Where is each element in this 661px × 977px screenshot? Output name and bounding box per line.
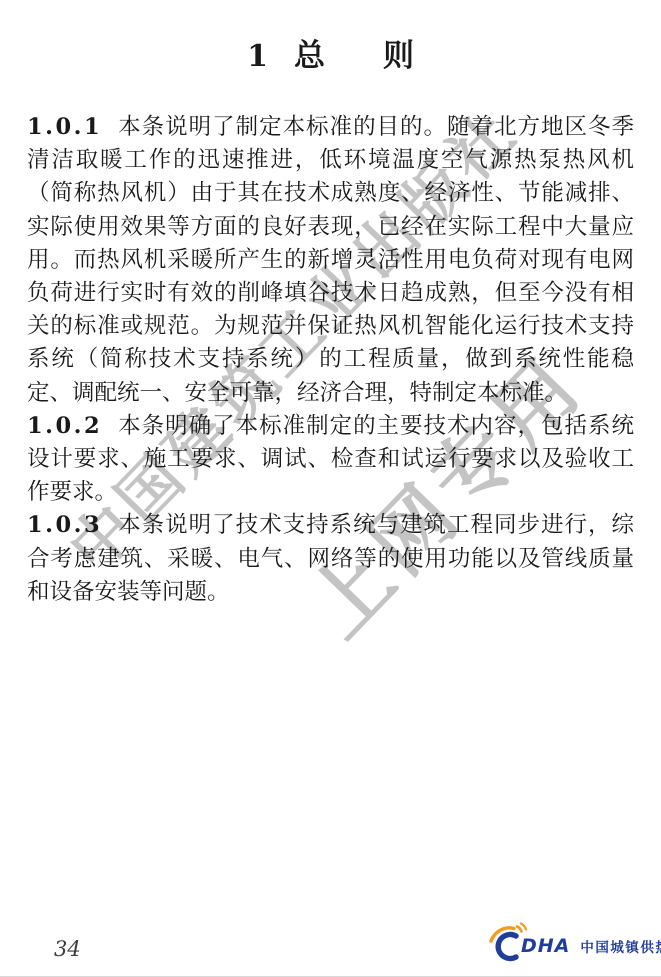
logo-wave-tick-1: [517, 927, 522, 932]
cdha-logo-name: 中国城镇供热协会: [580, 936, 661, 956]
clause-1-0-2: 1.0.2本条明确了本标准制定的主要技术内容，包括系统设计要求、施工要求、调试、…: [27, 410, 634, 510]
clause-1-0-3: 1.0.3本条说明了技术支持系统与建筑工程同步进行，综合考虑建筑、采暖、电气、网…: [27, 509, 634, 609]
chapter-title: 1 总 则: [0, 30, 661, 75]
clause-1-0-1: 1.0.1本条说明了制定本标准的目的。随着北方地区冬季清洁取暖工作的迅速推进，低…: [27, 111, 634, 410]
clause-number: 1.0.3: [27, 512, 102, 538]
page-number: 34: [54, 937, 81, 961]
clause-text: 本条说明了技术支持系统与建筑工程同步进行，综合考虑建筑、采暖、电气、网络等的使用…: [27, 512, 634, 604]
clause-text: 本条说明了制定本标准的目的。随着北方地区冬季清洁取暖工作的迅速推进，低环境温度空…: [27, 114, 634, 406]
document-page: 中国建筑工业出版社 上网专用 1 总 则 1.0.1本条说明了制定本标准的目的。…: [0, 0, 661, 977]
cdha-logo: DHA 中国城镇供热协会: [487, 922, 661, 964]
chapter-title-char-1: 总: [294, 30, 325, 75]
chapter-title-char-2: 则: [383, 30, 414, 75]
logo-wave-tick-2: [521, 924, 526, 930]
body-text: 1.0.1本条说明了制定本标准的目的。随着北方地区冬季清洁取暖工作的迅速推进，低…: [27, 111, 634, 609]
clause-number: 1.0.1: [27, 114, 102, 140]
clause-text: 本条明确了本标准制定的主要技术内容，包括系统设计要求、施工要求、调试、检查和试运…: [27, 413, 634, 505]
cdha-logo-abbr: DHA: [521, 935, 570, 957]
clause-number: 1.0.2: [27, 413, 102, 439]
chapter-number: 1: [247, 39, 268, 74]
logo-c-swoosh: [498, 935, 516, 959]
